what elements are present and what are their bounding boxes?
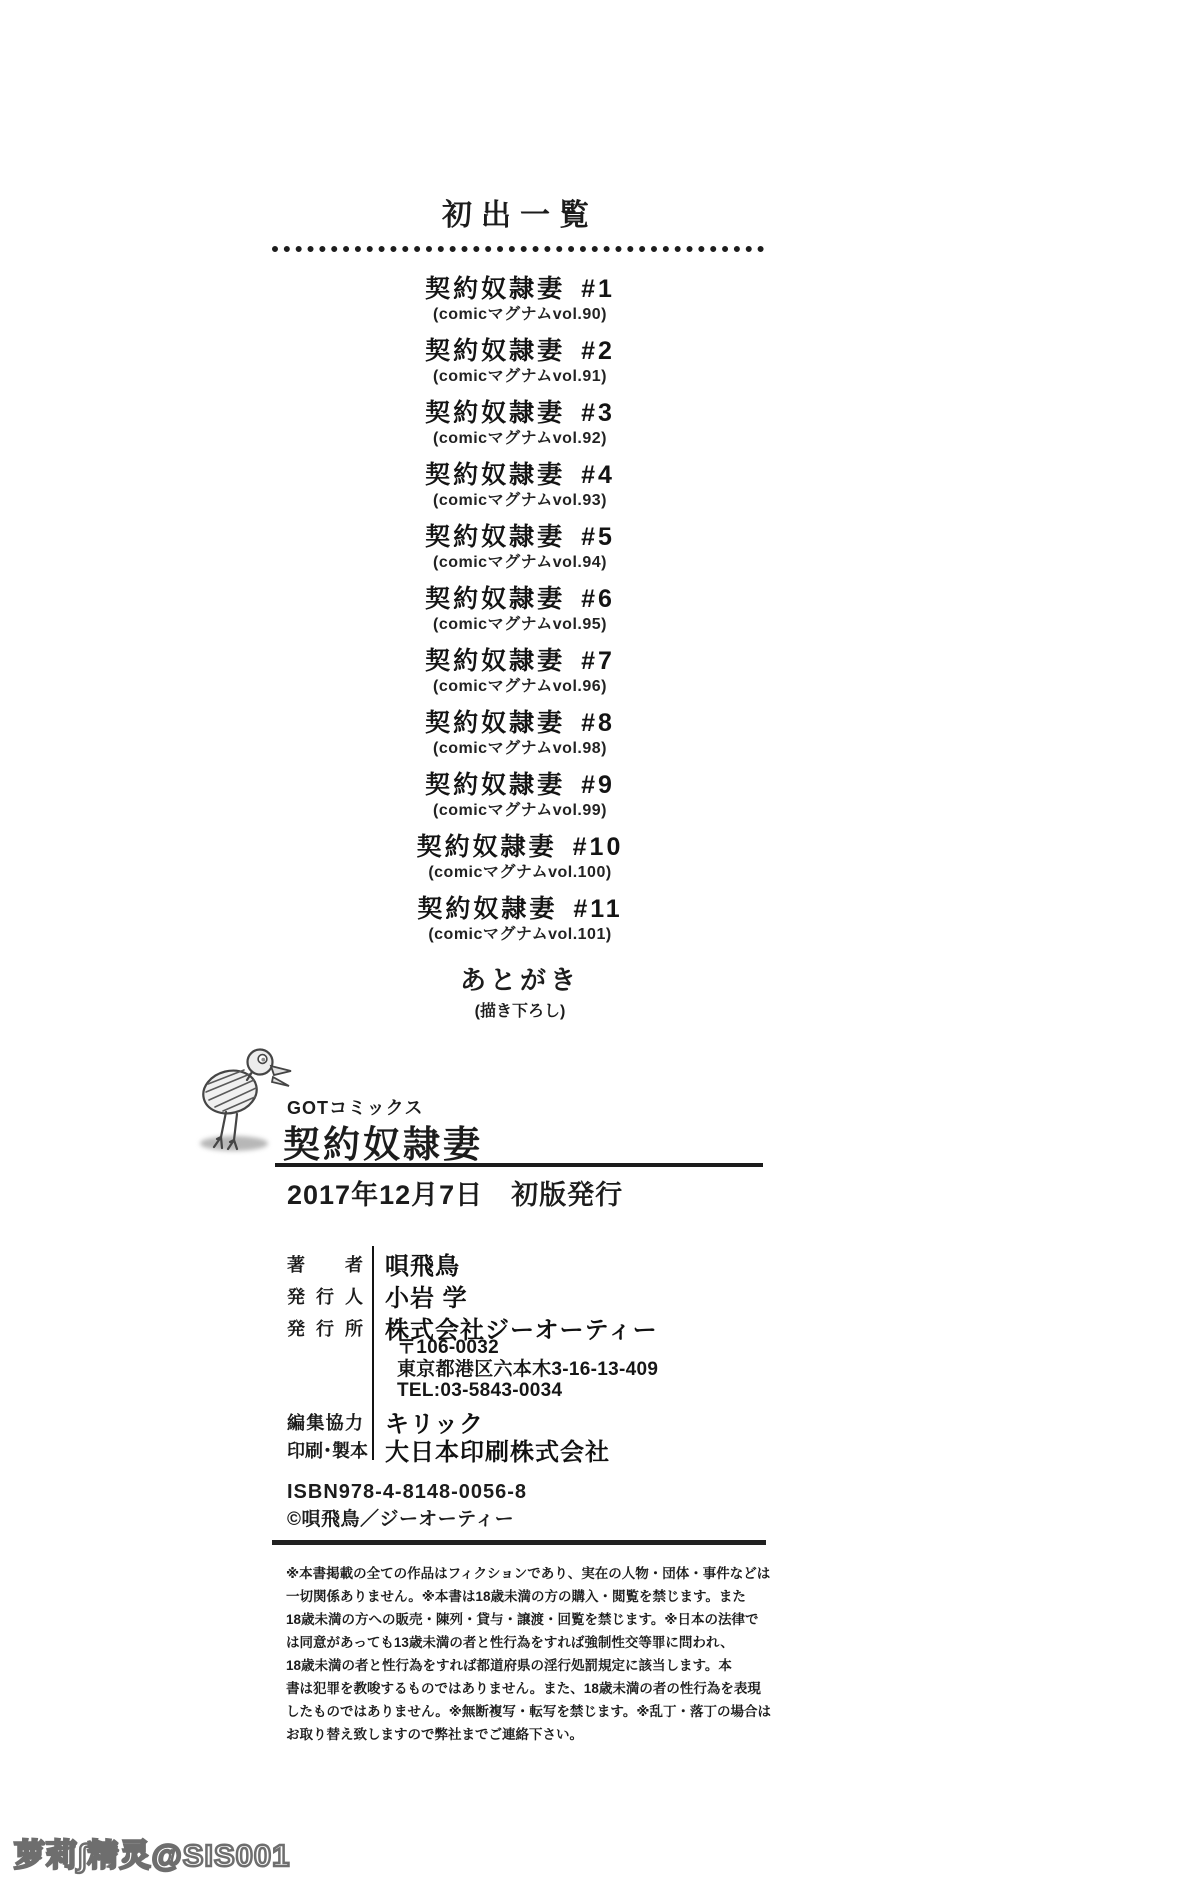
copyright: ©唄飛鳥／ジーオーティー bbox=[287, 1504, 514, 1531]
bird-mascot-icon bbox=[190, 1040, 298, 1156]
disclaimer-line: 18歳未満の方への販売・陳列・貸与・譲渡・回覧を禁じます。※日本の法律で bbox=[286, 1608, 770, 1631]
entry-number: #2 bbox=[581, 336, 615, 366]
credit-row-printing: 印刷･製本 大日本印刷株式会社 bbox=[287, 1432, 610, 1467]
entry-number: #4 bbox=[581, 460, 615, 490]
disclaimer-line: 18歳未満の者と性行為をすれば都道府県の淫行処罰規定に該当します。本 bbox=[286, 1654, 770, 1677]
title-rule bbox=[275, 1163, 763, 1167]
entry-source: (comicマグナムvol.99) bbox=[425, 801, 615, 821]
credit-value: 唄飛鳥 bbox=[385, 1246, 460, 1281]
credit-label: 著者 bbox=[287, 1251, 363, 1277]
list-item: 契約奴隷妻#11 (comicマグナムvol.101) bbox=[417, 894, 622, 945]
disclaimer-text: ※本書掲載の全ての作品はフィクションであり、実在の人物・団体・事件などは 一切関… bbox=[286, 1562, 770, 1746]
entry-title: 契約奴隷妻 bbox=[425, 460, 565, 490]
afterword-item: あとがき (描き下ろし) bbox=[460, 964, 580, 1021]
list-item: 契約奴隷妻#8 (comicマグナムvol.98) bbox=[425, 708, 615, 759]
credit-row-publisher-person: 発行人 小岩 学 bbox=[287, 1278, 468, 1313]
entry-title: 契約奴隷妻 bbox=[425, 522, 565, 552]
disclaimer-line: お取り替え致しますので弊社までご連絡下さい。 bbox=[286, 1723, 770, 1746]
list-item: 契約奴隷妻#7 (comicマグナムvol.96) bbox=[425, 646, 615, 697]
disclaimer-line: したものではありません。※無断複写・転写を禁じます。※乱丁・落丁の場合は bbox=[286, 1700, 770, 1723]
entry-title: 契約奴隷妻 bbox=[417, 894, 557, 924]
afterword-title: あとがき bbox=[460, 964, 580, 996]
street-address: 東京都港区六本木3-16-13-409 bbox=[397, 1359, 658, 1381]
list-item: 契約奴隷妻#6 (comicマグナムvol.95) bbox=[425, 584, 615, 635]
entry-source: (comicマグナムvol.95) bbox=[425, 615, 615, 635]
entry-title: 契約奴隷妻 bbox=[425, 274, 565, 304]
credit-table-divider bbox=[372, 1246, 374, 1460]
entry-number: #9 bbox=[581, 770, 615, 800]
list-item: 契約奴隷妻#3 (comicマグナムvol.92) bbox=[425, 398, 615, 449]
entry-number: #6 bbox=[581, 584, 615, 614]
entry-source: (comicマグナムvol.91) bbox=[425, 367, 615, 387]
entry-title: 契約奴隷妻 bbox=[425, 398, 565, 428]
entry-source: (comicマグナムvol.96) bbox=[425, 677, 615, 697]
first-publication-list: 契約奴隷妻#1 (comicマグナムvol.90) 契約奴隷妻#2 (comic… bbox=[270, 274, 770, 1021]
entry-source: (comicマグナムvol.98) bbox=[425, 739, 615, 759]
credit-label: 編集協力 bbox=[287, 1409, 363, 1435]
entry-source: (comicマグナムvol.101) bbox=[417, 925, 622, 945]
afterword-source: (描き下ろし) bbox=[460, 998, 580, 1021]
entry-number: #8 bbox=[581, 708, 615, 738]
entry-title: 契約奴隷妻 bbox=[425, 770, 565, 800]
entry-source: (comicマグナムvol.92) bbox=[425, 429, 615, 449]
entry-source: (comicマグナムvol.93) bbox=[425, 491, 615, 511]
dotted-divider bbox=[272, 246, 764, 252]
entry-title: 契約奴隷妻 bbox=[425, 708, 565, 738]
entry-title: 契約奴隷妻 bbox=[425, 584, 565, 614]
entry-number: #10 bbox=[573, 832, 624, 862]
entry-title: 契約奴隷妻 bbox=[425, 646, 565, 676]
section-divider bbox=[272, 1540, 766, 1545]
book-title: 契約奴隷妻 bbox=[283, 1114, 483, 1168]
entry-title: 契約奴隷妻 bbox=[425, 336, 565, 366]
entry-number: #3 bbox=[581, 398, 615, 428]
colophon-page: 初出一覧 契約奴隷妻#1 (comicマグナムvol.90) 契約奴隷妻#2 (… bbox=[0, 0, 1200, 1880]
disclaimer-line: 一切関係ありません。※本書は18歳未満の方の購入・閲覧を禁じます。また bbox=[286, 1585, 770, 1608]
postal-code: 〒106-0032 bbox=[397, 1337, 658, 1359]
list-item: 契約奴隷妻#5 (comicマグナムvol.94) bbox=[425, 522, 615, 573]
entry-source: (comicマグナムvol.94) bbox=[425, 553, 615, 573]
publisher-address: 〒106-0032 東京都港区六本木3-16-13-409 TEL:03-584… bbox=[397, 1337, 658, 1402]
list-item: 契約奴隷妻#2 (comicマグナムvol.91) bbox=[425, 336, 615, 387]
credit-label: 発行人 bbox=[287, 1283, 363, 1309]
entry-number: #7 bbox=[581, 646, 615, 676]
disclaimer-line: は同意があっても13歳未満の者と性行為をすれば強制性交等罪に問われ、 bbox=[286, 1631, 770, 1654]
entry-number: #1 bbox=[581, 274, 615, 304]
list-item: 契約奴隷妻#1 (comicマグナムvol.90) bbox=[425, 274, 615, 325]
first-publication-heading: 初出一覧 bbox=[270, 190, 770, 234]
disclaimer-line: 書は犯罪を教唆するものではありません。また、18歳未満の者の性行為を表現 bbox=[286, 1677, 770, 1700]
credit-value: 大日本印刷株式会社 bbox=[385, 1432, 610, 1467]
entry-source: (comicマグナムvol.90) bbox=[425, 305, 615, 325]
disclaimer-line: ※本書掲載の全ての作品はフィクションであり、実在の人物・団体・事件などは bbox=[286, 1562, 770, 1585]
entry-number: #5 bbox=[581, 522, 615, 552]
list-item: 契約奴隷妻#10 (comicマグナムvol.100) bbox=[417, 832, 624, 883]
watermark: 萝莉∫精灵@SIS001 bbox=[14, 1830, 290, 1875]
list-item: 契約奴隷妻#4 (comicマグナムvol.93) bbox=[425, 460, 615, 511]
entry-number: #11 bbox=[573, 894, 622, 924]
credit-value: 小岩 学 bbox=[385, 1278, 468, 1313]
credit-label: 発行所 bbox=[287, 1315, 363, 1341]
credit-label: 印刷･製本 bbox=[287, 1437, 363, 1463]
isbn: ISBN978-4-8148-0056-8 bbox=[287, 1481, 527, 1504]
entry-source: (comicマグナムvol.100) bbox=[417, 863, 624, 883]
edition-date: 2017年12月7日 初版発行 bbox=[287, 1173, 623, 1212]
list-item: 契約奴隷妻#9 (comicマグナムvol.99) bbox=[425, 770, 615, 821]
entry-title: 契約奴隷妻 bbox=[417, 832, 557, 862]
phone-number: TEL:03-5843-0034 bbox=[397, 1380, 658, 1402]
